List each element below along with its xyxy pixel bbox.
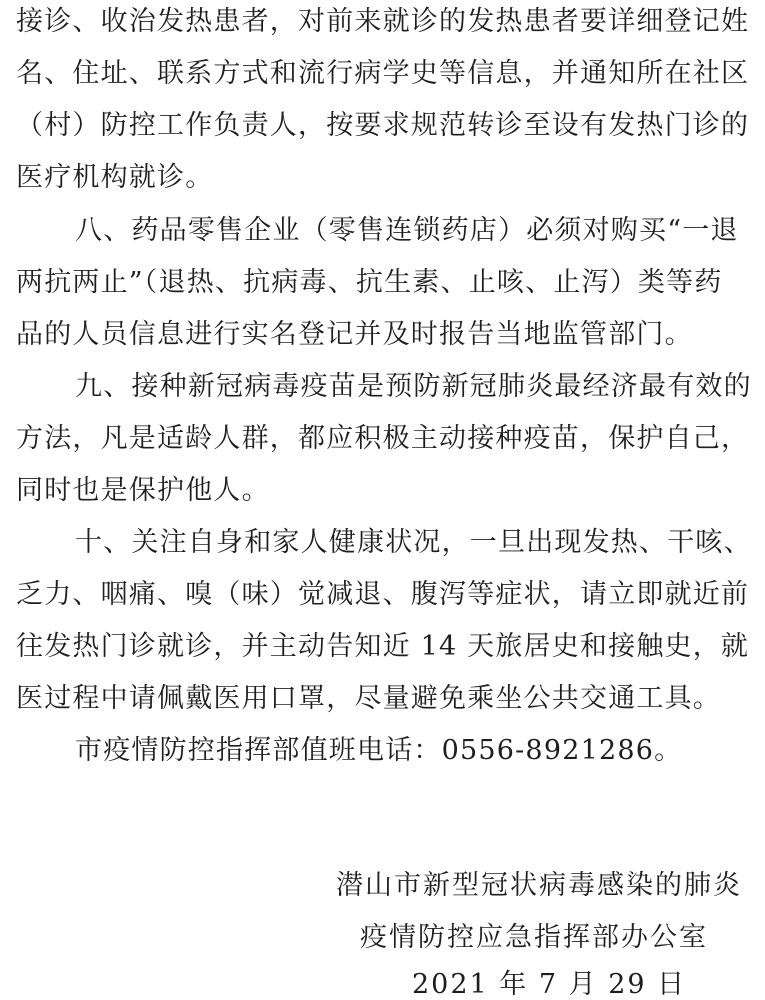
text-line: （村）防控工作负责人，按要求规范转诊至设有发热门诊的	[16, 109, 749, 143]
hotline-text: 市疫情防控指挥部值班电话：0556-8921286。	[75, 734, 682, 768]
text-line: 乏力、咽痛、嗅（味）觉减退、腹泻等症状，请立即就近前	[16, 578, 749, 612]
text-line: 九、接种新冠病毒疫苗是预防新冠肺炎最经济最有效的	[75, 370, 752, 404]
text-line: 往发热门诊就诊，并主动告知近 14 天旅居史和接触史，就	[16, 630, 749, 664]
text-line: 医过程中请佩戴医用口罩，尽量避免乘坐公共交通工具。	[16, 682, 721, 716]
text-line: 名、住址、联系方式和流行病学史等信息，并通知所在社区	[16, 57, 749, 91]
signature-org-line2: 疫情防控应急指挥部办公室	[360, 921, 708, 955]
text-line: 医疗机构就诊。	[16, 161, 213, 195]
text-line: 接诊、收治发热患者，对前来就诊的发热患者要详细登记姓	[16, 5, 749, 39]
text-line: 两抗两止”（退热、抗病毒、抗生素、止咳、止泻）类等药	[16, 266, 723, 300]
text-line: 十、关注自身和家人健康状况，一旦出现发热、干咳、	[75, 526, 752, 560]
text-line: 方法，凡是适龄人群，都应积极主动接种疫苗，保护自己，	[16, 422, 749, 456]
text-line: 品的人员信息进行实名登记并及时报告当地监管部门。	[16, 318, 693, 352]
text-line: 八、药品零售企业（零售连锁药店）必须对购买“一退	[75, 214, 739, 248]
text-line: 同时也是保护他人。	[16, 474, 270, 508]
signature-date: 2021 年 7 月 29 日	[412, 968, 686, 1000]
signature-org-line1: 潜山市新型冠状病毒感染的肺炎	[336, 869, 742, 903]
